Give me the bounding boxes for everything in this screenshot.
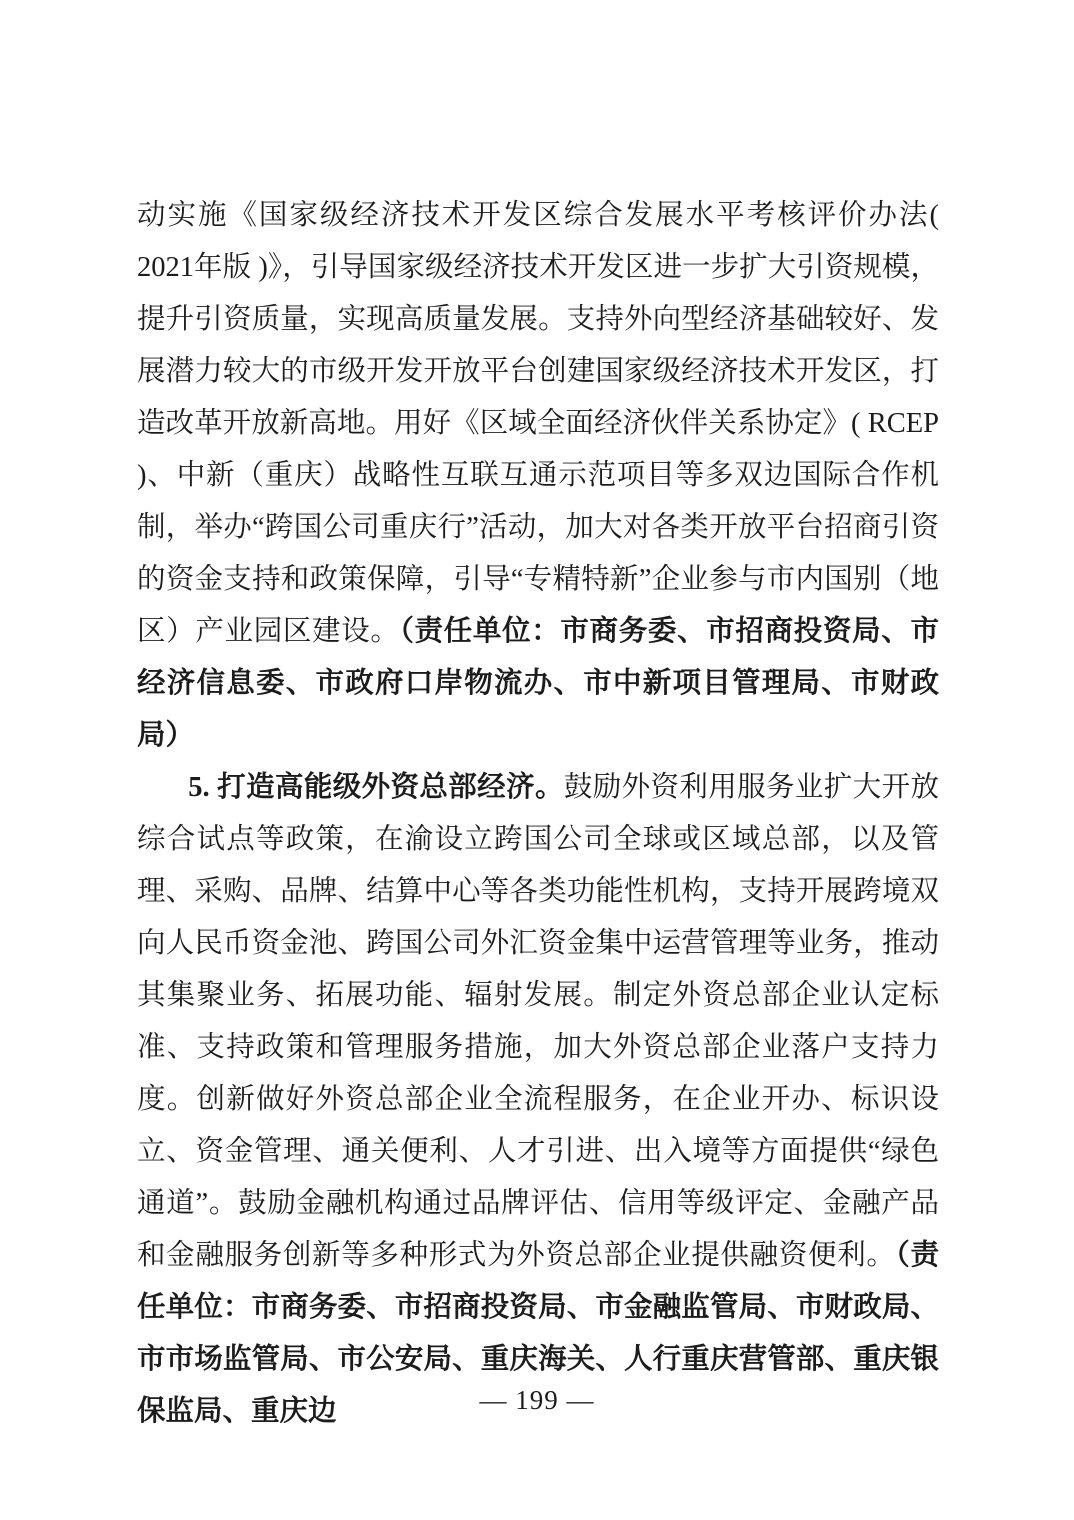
paragraph-item-5: 5. 打造高能级外资总部经济。鼓励外资利用服务业扩大开放综合试点等政策，在渝设立… bbox=[137, 762, 939, 1438]
body-text-run: 鼓励外资利用服务业扩大开放综合试点等政策，在渝设立跨国公司全球或区域总部，以及管… bbox=[137, 772, 939, 1271]
document-page: 动实施《国家级经济技术开发区综合发展水平考核评价办法( 2021年版 )》，引导… bbox=[0, 0, 1074, 1520]
document-body: 动实施《国家级经济技术开发区综合发展水平考核评价办法( 2021年版 )》，引导… bbox=[137, 190, 939, 1438]
page-number: — 199 — bbox=[0, 1385, 1074, 1416]
body-text-run: 动实施《国家级经济技术开发区综合发展水平考核评价办法( 2021年版 )》，引导… bbox=[137, 200, 939, 647]
item-heading-run: 5. 打造高能级外资总部经济。 bbox=[188, 772, 564, 803]
paragraph-continuation: 动实施《国家级经济技术开发区综合发展水平考核评价办法( 2021年版 )》，引导… bbox=[137, 190, 939, 762]
